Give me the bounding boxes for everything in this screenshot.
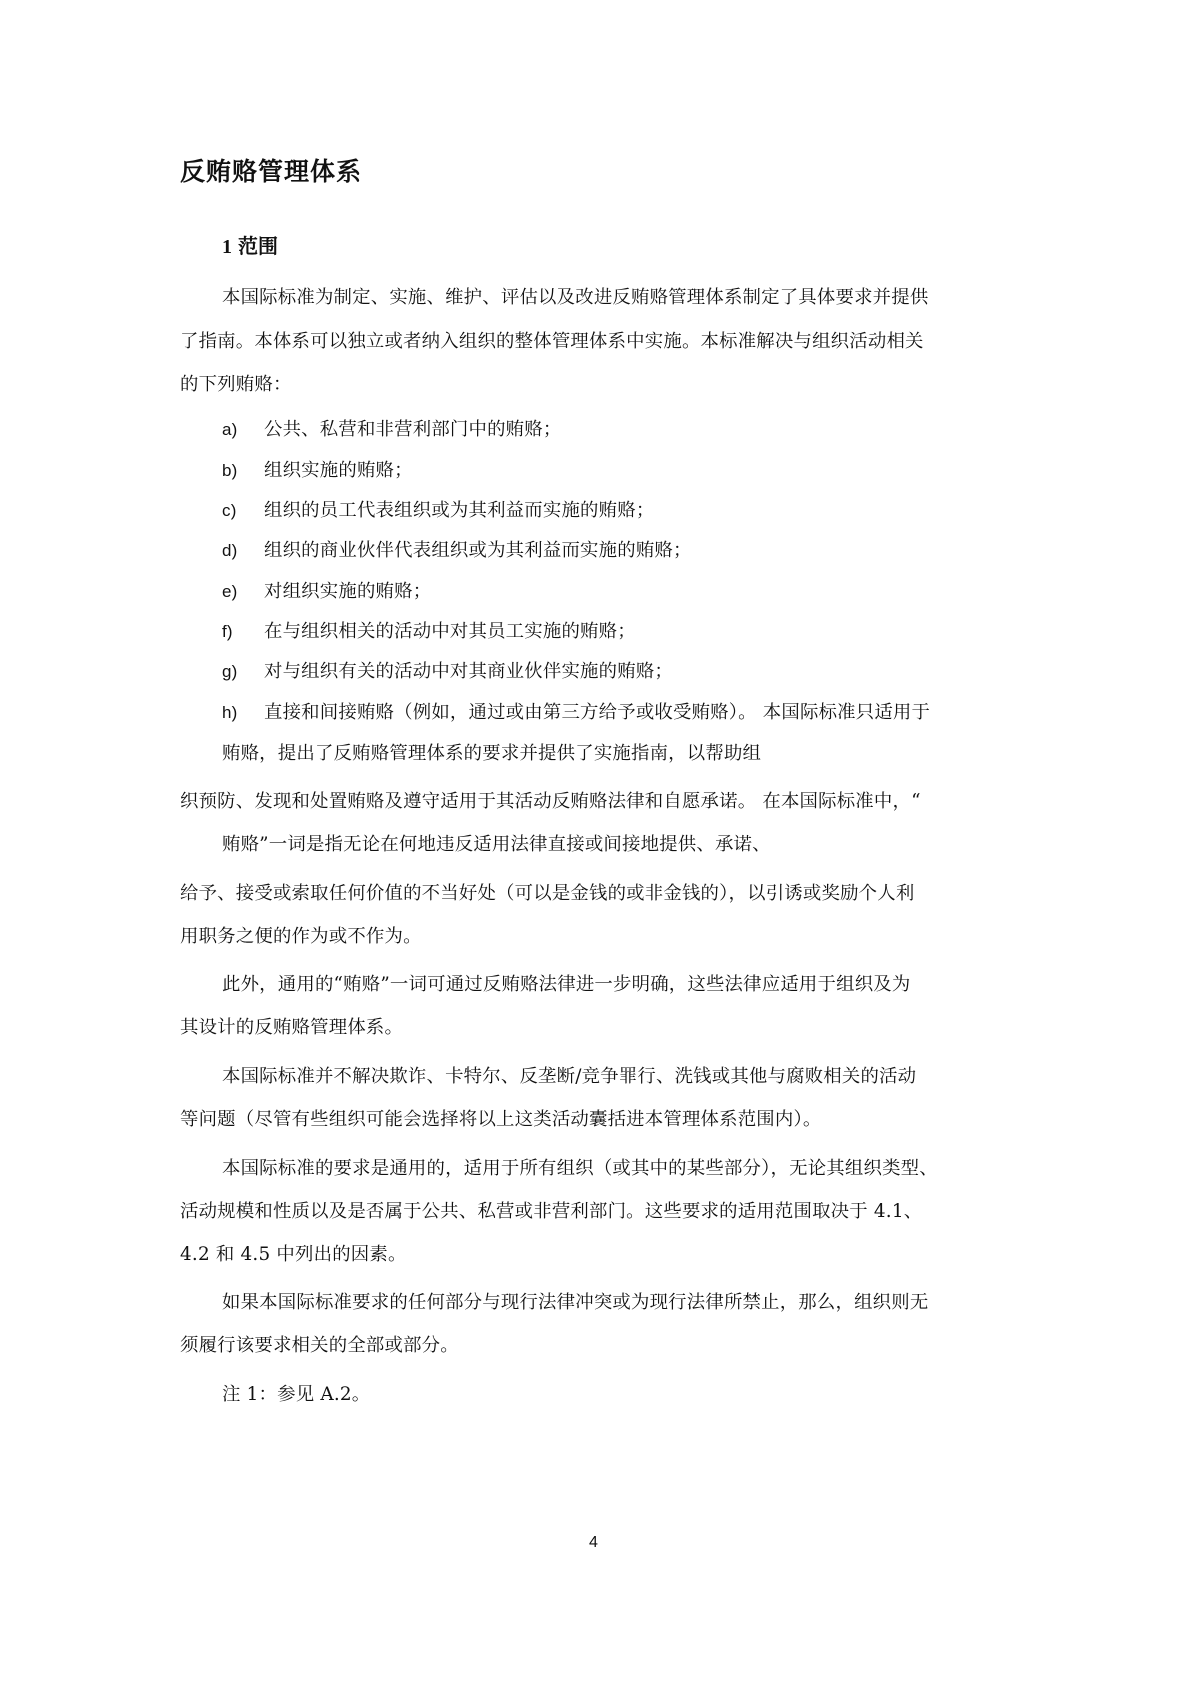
list-marker: a) bbox=[222, 418, 264, 442]
paragraph-line: 本国际标准并不解决欺诈、卡特尔、反垄断/竞争罪行、洗钱或其他与腐败相关的活动 bbox=[222, 1065, 916, 1089]
intro-line-1: 本国际标准为制定、实施、维护、评估以及改进反贿赂管理体系制定了具体要求并提供 bbox=[222, 286, 928, 310]
intro-line-2: 了指南。本体系可以独立或者纳入组织的整体管理体系中实施。本标准解决与组织活动相关 bbox=[180, 330, 924, 354]
list-item: f)在与组织相关的活动中对其员工实施的贿赂； bbox=[222, 620, 636, 644]
list-item-text: 直接和间接贿赂（例如，通过或由第三方给予或收受贿赂）。 本国际标准只适用于 bbox=[264, 702, 930, 723]
continuation-line-5: 用职务之便的作为或不作为。 bbox=[180, 925, 422, 949]
document-page: 反贿赂管理体系 1范围 本国际标准为制定、实施、维护、评估以及改进反贿赂管理体系… bbox=[0, 0, 1190, 1684]
list-item: d)组织的商业伙伴代表组织或为其利益而实施的贿赂； bbox=[222, 539, 692, 563]
list-item: h)直接和间接贿赂（例如，通过或由第三方给予或收受贿赂）。 本国际标准只适用于 bbox=[222, 701, 930, 725]
paragraph-line: 4.2 和 4.5 中列出的因素。 bbox=[180, 1243, 407, 1267]
list-item: c)组织的员工代表组织或为其利益而实施的贿赂； bbox=[222, 499, 654, 523]
list-item-text: 公共、私营和非营利部门中的贿赂； bbox=[264, 419, 561, 440]
document-title: 反贿赂管理体系 bbox=[180, 152, 362, 188]
list-item: g)对与组织有关的活动中对其商业伙伴实施的贿赂； bbox=[222, 660, 673, 684]
list-marker: f) bbox=[222, 620, 264, 644]
paragraph-line: 其设计的反贿赂管理体系。 bbox=[180, 1016, 403, 1040]
list-marker: c) bbox=[222, 499, 264, 523]
list-marker: b) bbox=[222, 459, 264, 483]
list-item: e)对组织实施的贿赂； bbox=[222, 580, 431, 604]
list-item: b)组织实施的贿赂； bbox=[222, 459, 413, 483]
list-marker: e) bbox=[222, 580, 264, 604]
continuation-line-4: 给予、接受或索取任何价值的不当好处（可以是金钱的或非金钱的），以引诱或奖励个人利 bbox=[180, 882, 914, 906]
list-item-text: 组织实施的贿赂； bbox=[264, 460, 413, 481]
continuation-line-2: 织预防、发现和处置贿赂及遵守适用于其活动反贿赂法律和自愿承诺。 在本国际标准中，… bbox=[180, 790, 921, 814]
list-item-text: 对与组织有关的活动中对其商业伙伴实施的贿赂； bbox=[264, 661, 673, 682]
section-title: 范围 bbox=[238, 234, 278, 258]
list-marker: h) bbox=[222, 701, 264, 725]
section-number: 1 bbox=[222, 236, 232, 258]
list-item-text: 在与组织相关的活动中对其员工实施的贿赂； bbox=[264, 621, 636, 642]
paragraph-line: 活动规模和性质以及是否属于公共、私营或非营利部门。这些要求的适用范围取决于 4.… bbox=[180, 1200, 922, 1224]
page-number: 4 bbox=[589, 1534, 598, 1552]
list-item-text: 组织的员工代表组织或为其利益而实施的贿赂； bbox=[264, 500, 654, 521]
paragraph-line: 须履行该要求相关的全部或部分。 bbox=[180, 1334, 459, 1358]
list-item-text: 对组织实施的贿赂； bbox=[264, 581, 431, 602]
list-marker: g) bbox=[222, 660, 264, 684]
list-item-text: 组织的商业伙伴代表组织或为其利益而实施的贿赂； bbox=[264, 540, 692, 561]
list-item: a)公共、私营和非营利部门中的贿赂； bbox=[222, 418, 561, 442]
paragraph-line: 本国际标准的要求是通用的，适用于所有组织（或其中的某些部分），无论其组织类型、 bbox=[222, 1157, 938, 1181]
paragraph-line: 等问题（尽管有些组织可能会选择将以上这类活动囊括进本管理体系范围内）。 bbox=[180, 1108, 821, 1132]
paragraph-line: 如果本国际标准要求的任何部分与现行法律冲突或为现行法律所禁止，那么，组织则无 bbox=[222, 1291, 928, 1315]
list-marker: d) bbox=[222, 539, 264, 563]
note: 注 1：参见 A.2。 bbox=[222, 1383, 370, 1407]
continuation-line-3: 贿赂”一词是指无论在何地违反适用法律直接或间接地提供、承诺、 bbox=[222, 833, 771, 857]
paragraph-line: 此外，通用的“贿赂”一词可通过反贿赂法律进一步明确，这些法律应适用于组织及为 bbox=[222, 973, 910, 997]
intro-line-3: 的下列贿赂： bbox=[180, 373, 292, 397]
section-heading: 1范围 bbox=[222, 230, 278, 259]
continuation-line-1: 贿赂，提出了反贿赂管理体系的要求并提供了实施指南，以帮助组 bbox=[222, 742, 761, 766]
